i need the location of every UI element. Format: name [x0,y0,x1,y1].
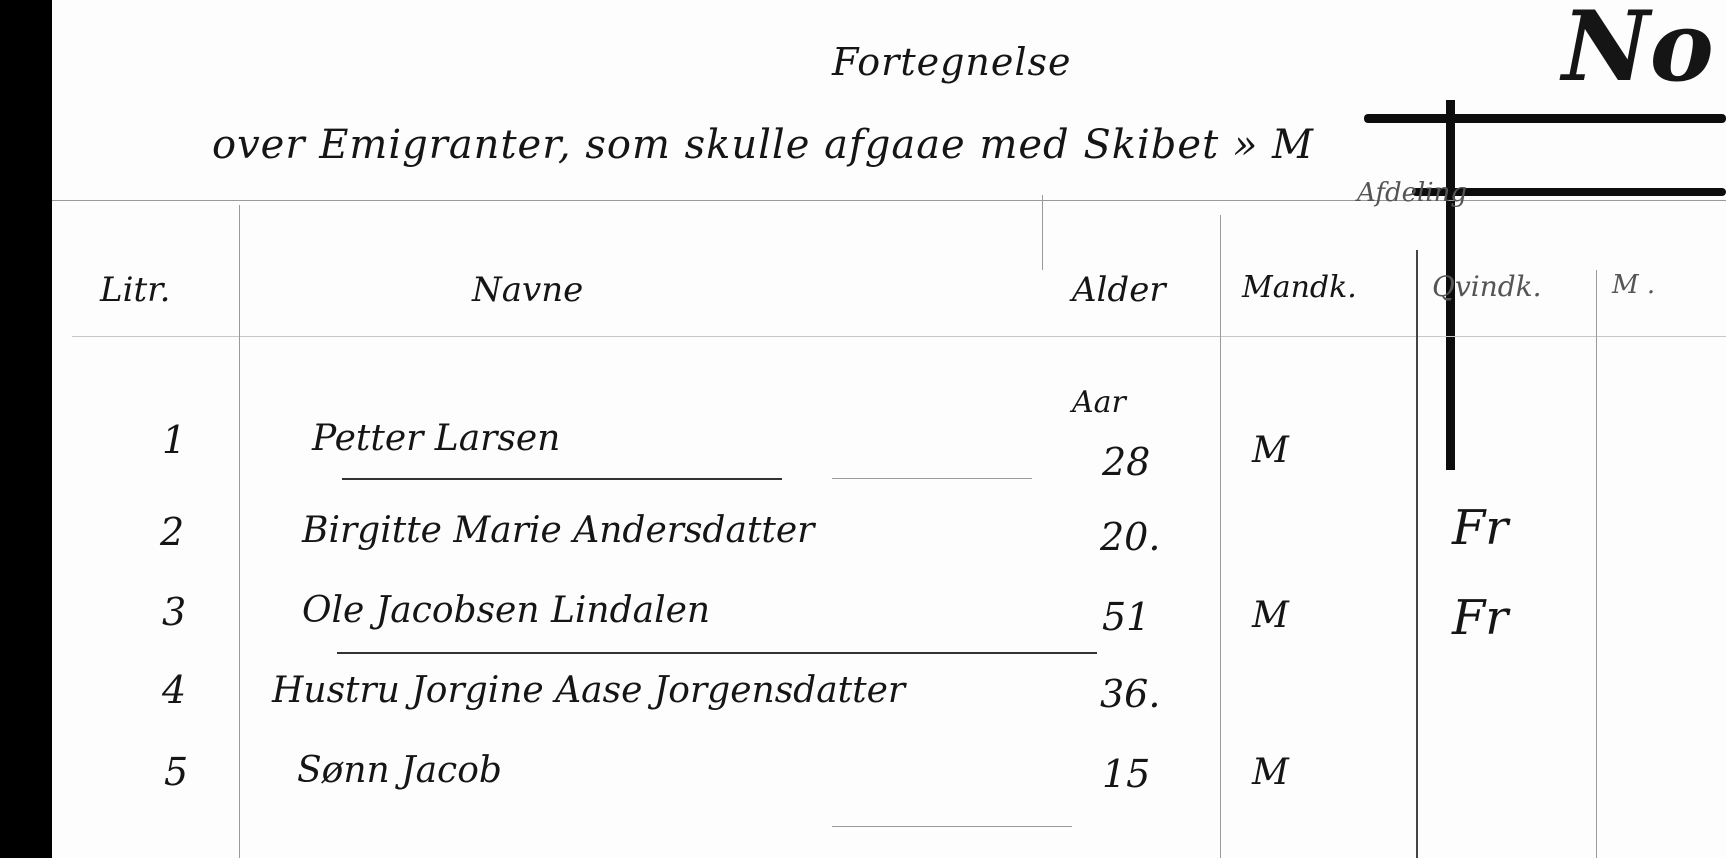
column-header-female: Qvindk. [1432,270,1542,303]
column-divider-number [239,205,240,858]
row-number: 5 [164,750,188,794]
row-number: 3 [162,590,186,634]
bracket-line-top [1364,114,1726,123]
row-name: Birgitte Marie Andersdatter [302,510,814,551]
document-subtitle: over Emigranter, som skulle afgaae med S… [212,122,1314,168]
row-age: 20. [1100,515,1160,559]
column-header-number: Litr. [100,270,170,310]
column-header-age: Alder [1072,270,1166,310]
ledger-page: Fortegnelse over Emigranter, som skulle … [52,0,1726,858]
column-divider-age [1220,215,1221,858]
row-number: 2 [160,510,184,554]
header-bottom-rule [72,336,1726,337]
row-female: Fr [1452,590,1508,646]
row-number: 4 [162,668,186,712]
age-unit-label: Aar [1072,385,1126,420]
row-number: 1 [162,418,186,462]
row-name: Sønn Jacob [297,750,502,791]
column-header-name: Navne [472,270,583,310]
column-divider-female [1596,270,1597,858]
column-header-next: M . [1612,270,1655,300]
name-underline [342,478,782,480]
column-header-male: Mandk. [1242,270,1357,305]
row-name: Hustru Jorgine Aase Jorgensdatter [272,670,905,711]
row-male: M [1252,752,1289,793]
header-top-rule [52,200,1726,201]
document-title: Fortegnelse [832,40,1072,84]
row-age: 15 [1102,752,1150,796]
scan-black-margin [0,0,52,858]
row-male: M [1252,595,1289,636]
row-age: 36. [1100,672,1160,716]
row-age: 28 [1102,440,1150,484]
filler-dash [832,826,1072,827]
column-header-female-note: Afdeling [1357,178,1467,208]
row-male: M [1252,430,1289,471]
row-female: Fr [1452,500,1508,556]
filler-dash [832,478,1032,479]
column-tick [1042,195,1043,270]
column-divider-male [1416,250,1418,858]
corner-mark: No [1562,0,1714,103]
row-age: 51 [1102,595,1150,639]
row-name: Ole Jacobsen Lindalen [302,590,710,631]
name-underline [337,652,1097,654]
row-name: Petter Larsen [312,418,560,459]
